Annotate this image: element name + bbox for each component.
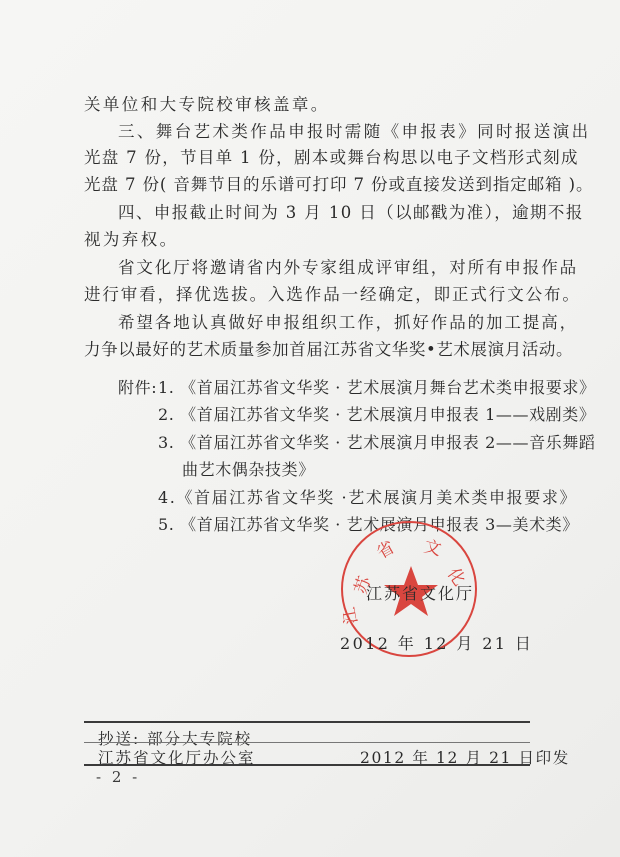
attachment-item: 2. 《首届江苏省文华奖 · 艺术展演月申报表 1——戏剧类》 xyxy=(158,405,595,425)
svg-text:省: 省 xyxy=(374,538,399,564)
body-line: 希望各地认真做好申报组织工作，抓好作品的加工提高， xyxy=(118,313,578,333)
page-number: - 2 - xyxy=(96,768,140,786)
issue-date: 2012 年 12 月 21 日 xyxy=(340,631,533,654)
body-line: 进行审看，择优选拔。入选作品一经确定，即正式行文公布。 xyxy=(84,285,581,305)
attachment-item-continued: 曲艺木偶杂技类》 xyxy=(182,460,315,480)
attachments-label: 附件: xyxy=(118,378,157,398)
attachment-item: 3. 《首届江苏省文华奖 · 艺术展演月申报表 2——音乐舞蹈 xyxy=(158,433,595,453)
attachment-item: 4.《首届江苏省文华奖 ·艺术展演月美术类申报要求》 xyxy=(158,488,577,508)
body-line: 四、申报截止时间为 3 月 10 日（以邮戳为准），逾期不报 xyxy=(118,203,584,223)
body-line: 关单位和大专院校审核盖章。 xyxy=(84,95,330,115)
body-line: 力争以最好的艺术质量参加首届江苏省文华奖•艺术展演月活动。 xyxy=(84,340,573,360)
svg-text:江: 江 xyxy=(343,605,362,625)
body-line: 光盘 7 份，节目单 1 份，剧本或舞台构思以电子文档形式刻成 xyxy=(84,148,579,168)
body-line: 光盘 7 份( 音舞节目的乐谱可打印 7 份或直接发送到指定邮箱 )。 xyxy=(84,175,593,195)
body-line: 视为弃权。 xyxy=(84,230,179,250)
attachment-item: 1. 《首届江苏省文华奖 · 艺术展演月舞台艺术类申报要求》 xyxy=(158,378,596,398)
document-page: 关单位和大专院校审核盖章。 三、舞台艺术类作品申报时需随《申报表》同时报送演出 … xyxy=(0,0,620,857)
issuer-name: 江苏省文化厅 xyxy=(366,581,474,604)
svg-text:文: 文 xyxy=(422,537,444,561)
footer-top-rule xyxy=(84,721,530,723)
body-line: 省文化厅将邀请省内外专家组成评审组，对所有申报作品 xyxy=(118,258,578,278)
footer-bottom-rule xyxy=(84,764,530,766)
footer-mid-rule xyxy=(84,742,530,743)
body-line: 三、舞台艺术类作品申报时需随《申报表》同时报送演出 xyxy=(118,122,591,142)
